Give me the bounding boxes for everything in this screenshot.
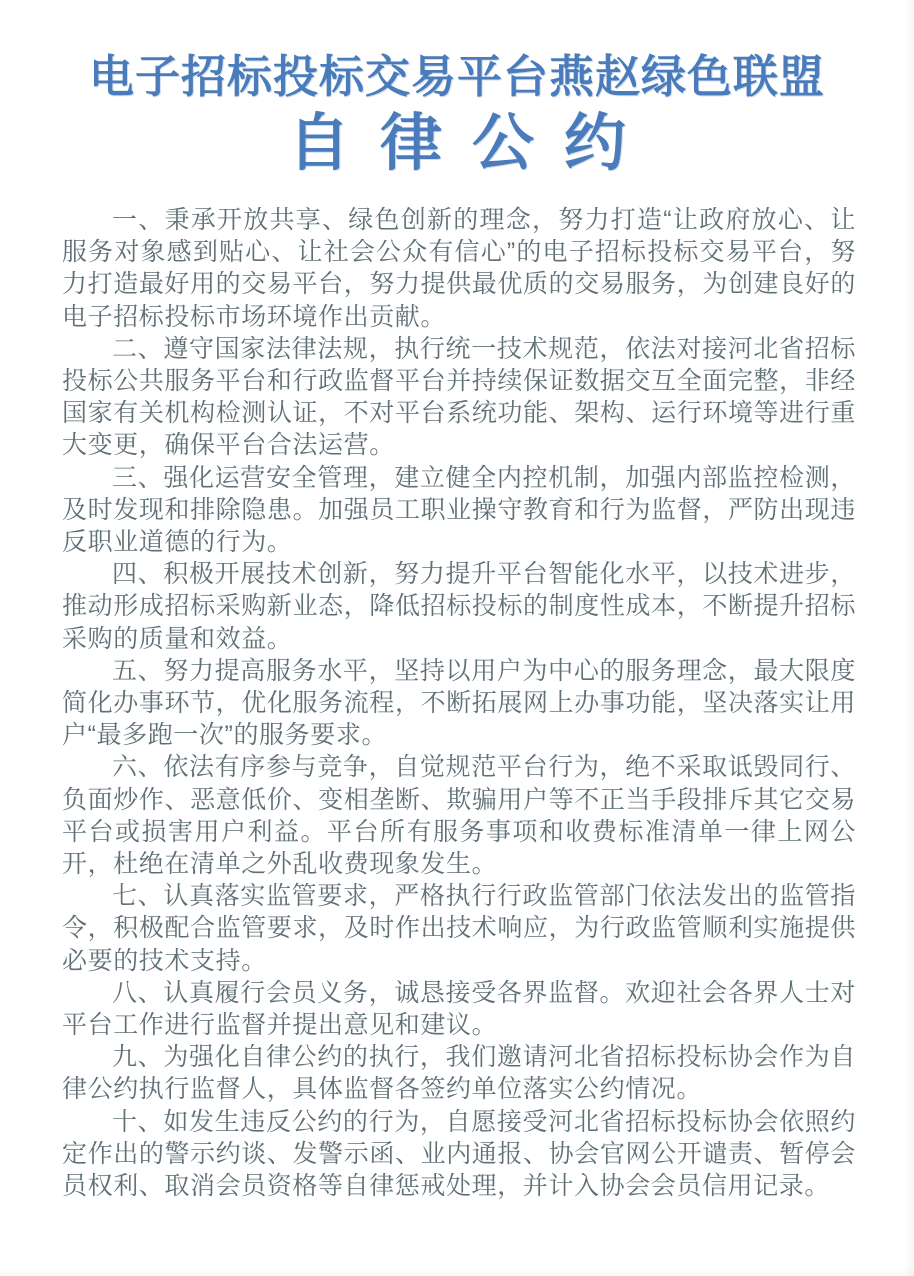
scan-artifact-right [904,0,914,1276]
scanned-document-page: 电子招标投标交易平台燕赵绿色联盟 自律公约 一、秉承开放共享、绿色创新的理念，努… [0,0,914,1276]
scan-artifact-bottom [0,1268,914,1276]
convention-clause-5: 五、努力提高服务水平，坚持以用户为中心的服务理念，最大限度简化办事环节，优化服务… [62,655,856,752]
convention-clause-2: 二、遵守国家法律法规，执行统一技术规范，依法对接河北省招标投标公共服务平台和行政… [62,333,856,462]
convention-body: 一、秉承开放共享、绿色创新的理念，努力打造“让政府放心、让服务对象感到贴心、让社… [62,204,856,1202]
convention-clause-1: 一、秉承开放共享、绿色创新的理念，努力打造“让政府放心、让服务对象感到贴心、让社… [62,204,856,333]
convention-clause-10: 十、如发生违反公约的行为，自愿接受河北省招标投标协会依照约定作出的警示约谈、发警… [62,1106,856,1203]
convention-clause-8: 八、认真履行会员义务，诚恳接受各界监督。欢迎社会各界人士对平台工作进行监督并提出… [62,977,856,1041]
document-title-convention: 自律公约 [0,108,914,180]
document-title-alliance: 电子招标投标交易平台燕赵绿色联盟 [0,48,914,106]
document-header: 电子招标投标交易平台燕赵绿色联盟 自律公约 [0,0,914,180]
convention-clause-3: 三、强化运营安全管理，建立健全内控机制，加强内部监控检测，及时发现和排除隐患。加… [62,462,856,559]
convention-clause-4: 四、积极开展技术创新，努力提升平台智能化水平，以技术进步，推动形成招标采购新业态… [62,558,856,655]
convention-clause-9: 九、为强化自律公约的执行，我们邀请河北省招标投标协会作为自律公约执行监督人，具体… [62,1041,856,1105]
convention-clause-7: 七、认真落实监管要求，严格执行行政监管部门依法发出的监管指令，积极配合监管要求，… [62,880,856,977]
convention-clause-6: 六、依法有序参与竞争，自觉规范平台行为，绝不采取诋毁同行、负面炒作、恶意低价、变… [62,751,856,880]
